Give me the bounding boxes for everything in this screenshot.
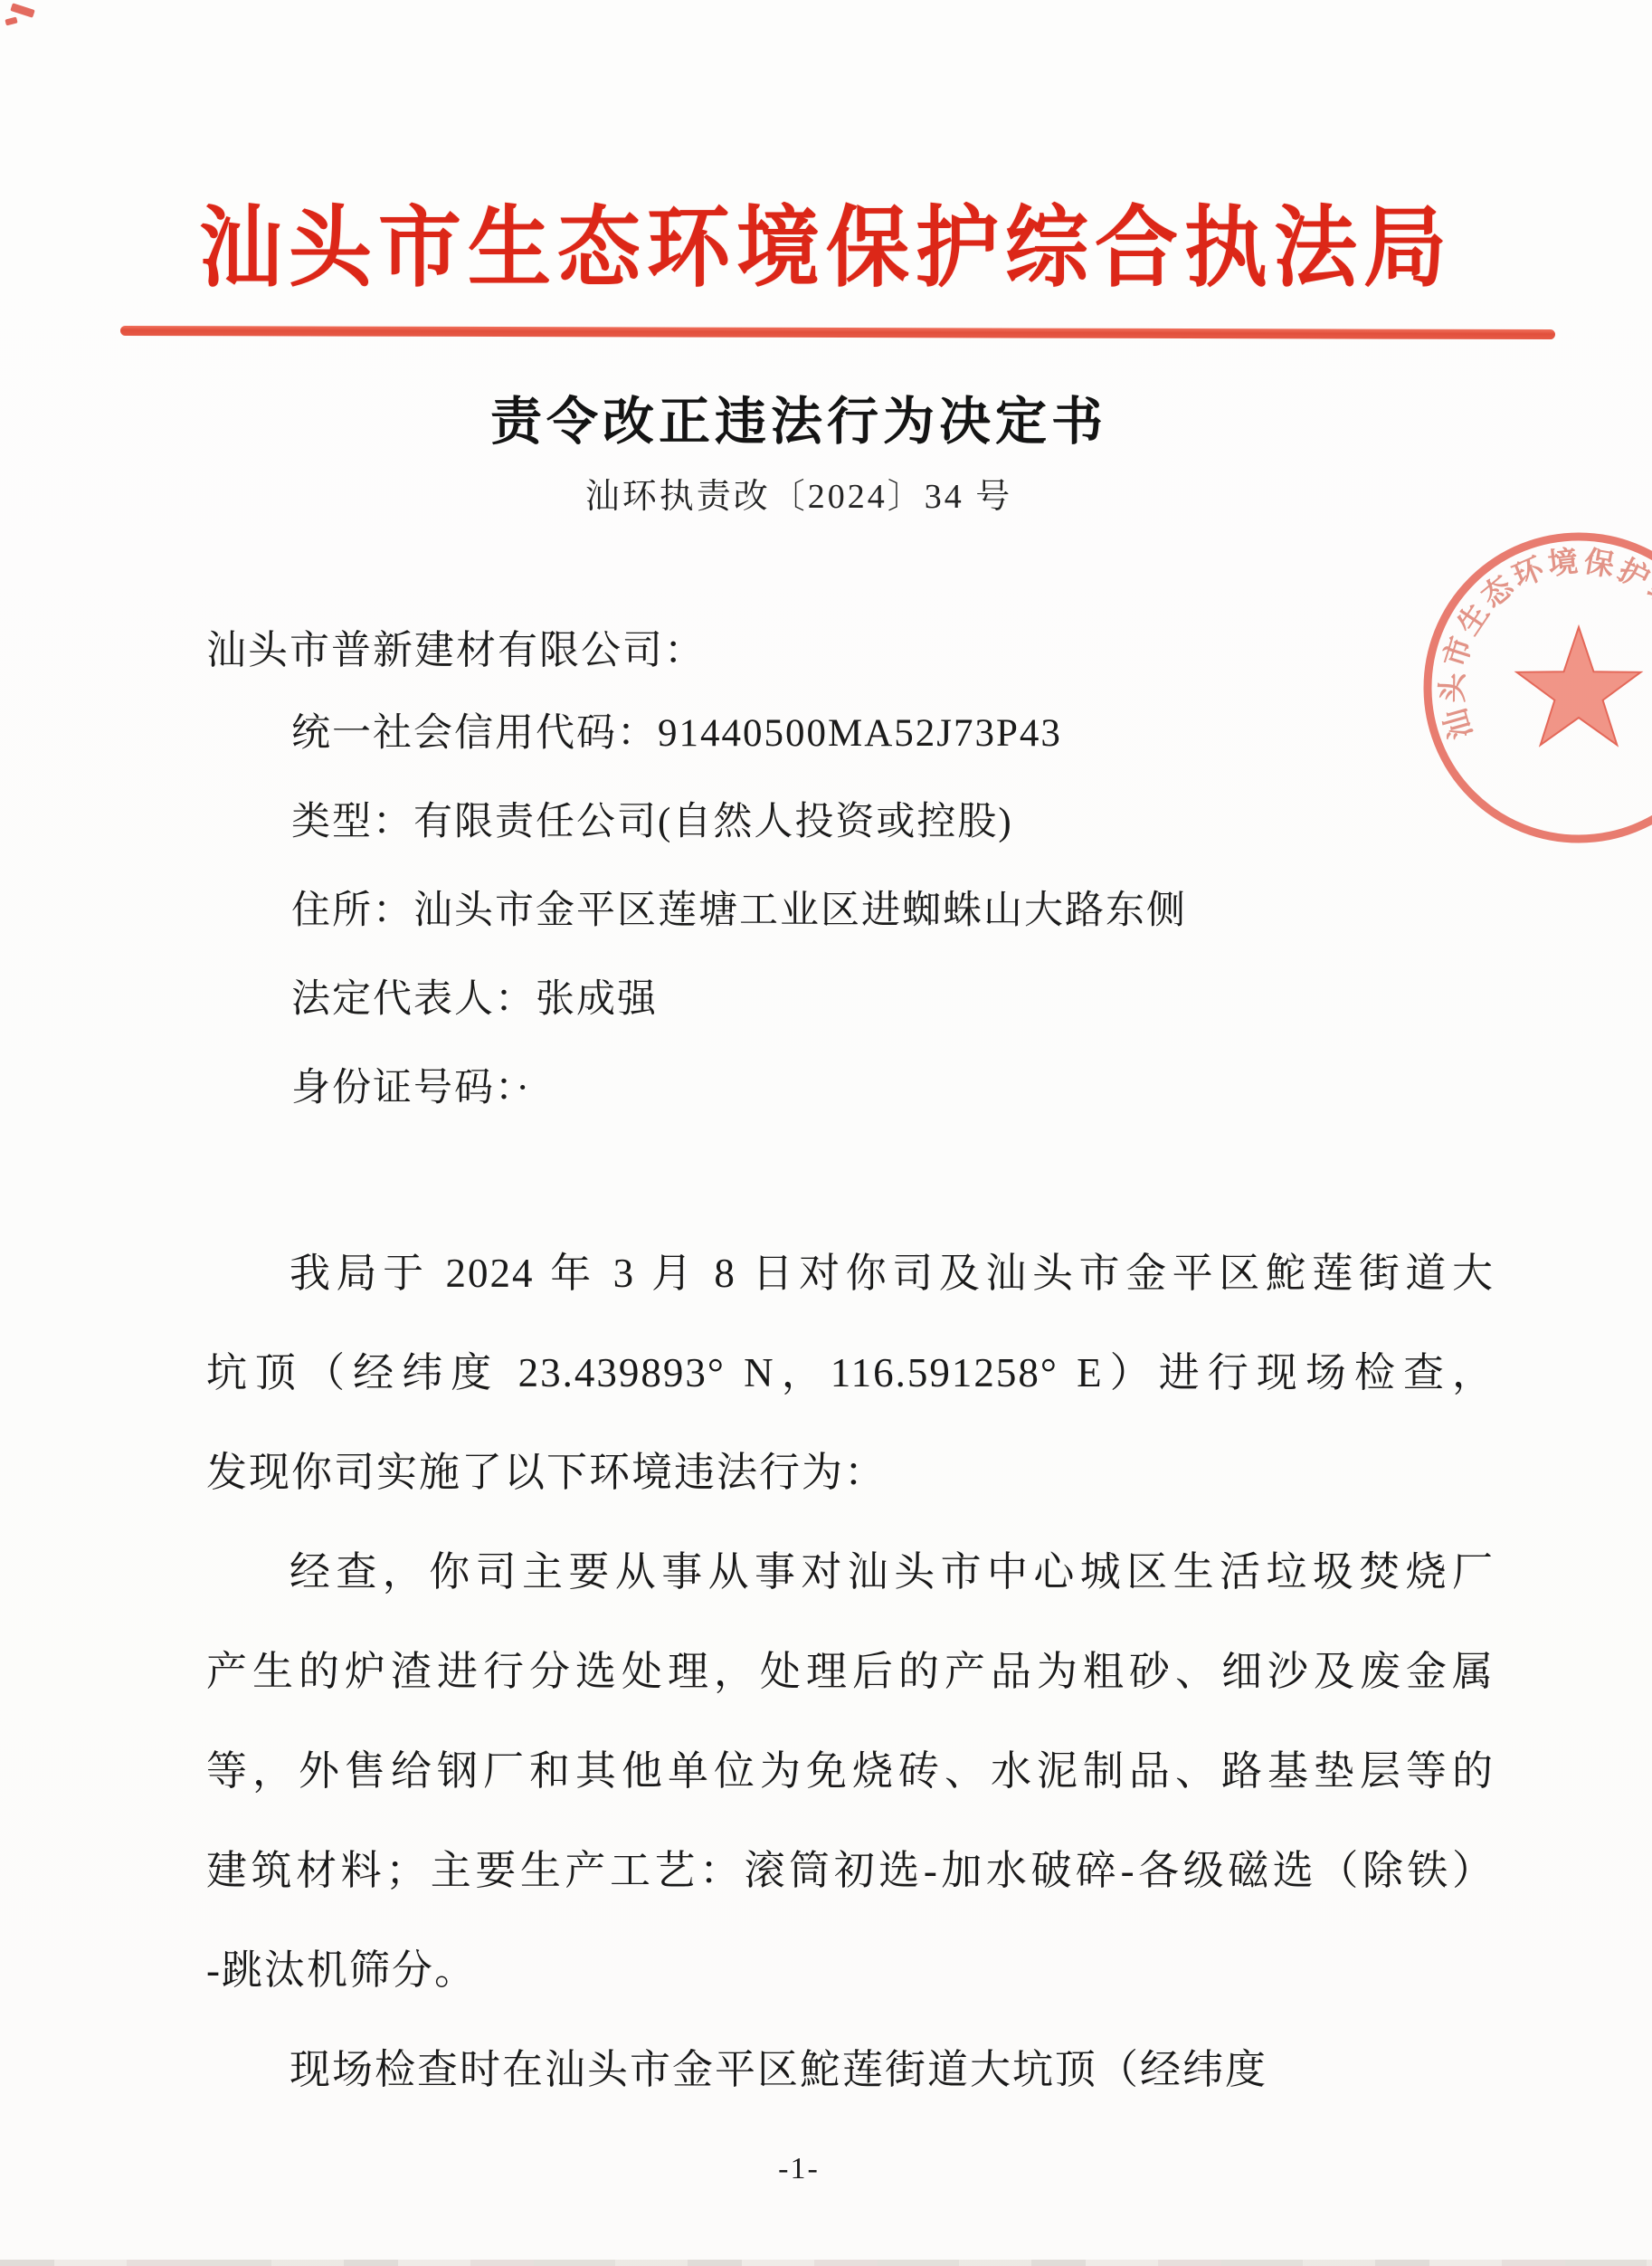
scan-artifact [10, 3, 35, 18]
header-rule [120, 326, 1555, 339]
field-label: 类型： [291, 801, 413, 843]
body-text-line: 坑顶（经纬度 23.439893° N，116.591258° E）进行现场检查… [206, 1323, 1495, 1423]
recipient-field-row: 类型：有限责任公司(自然人投资或控股) [291, 778, 1187, 867]
scan-artifact [5, 17, 17, 26]
field-label: 身份证号码： [291, 1067, 517, 1109]
field-value: 张成强 [536, 978, 658, 1021]
body-paragraphs: 我局于 2024 年 3 月 8 日对你司及汕头市金平区鮀莲街道大 坑顶（经纬度… [206, 1223, 1495, 2119]
recipient-field-row: 住所：汕头市金平区莲塘工业区进蜘蛛山大路东侧 [291, 867, 1187, 956]
body-text-line: 产生的炉渣进行分选处理，处理后的产品为粗砂、细沙及废金属 [206, 1622, 1495, 1721]
recipient-field-row: 法定代表人：张成强 [291, 956, 1187, 1044]
document-number: 汕环执责改〔2024〕34 号 [90, 468, 1507, 518]
scanned-document-page: 汕头市生态环境保护综合执法局 汕头市生态环境保护综合执法局 责令改正违法行为决定… [0, 0, 1652, 2266]
field-value: · [517, 1067, 531, 1109]
field-value: 91440500MA52J73P43 [658, 712, 1062, 755]
recipient-company-name: 汕头市普新建材有限公司： [206, 617, 706, 675]
recipient-field-row: 身份证号码：· [291, 1044, 1187, 1133]
body-text-line: 建筑材料；主要生产工艺：滚筒初选-加水破碎-各级磁选（除铁） [206, 1821, 1495, 1920]
field-label: 统一社会信用代码： [291, 712, 658, 755]
body-text-line: 经查，你司主要从事从事对汕头市中心城区生活垃圾焚烧厂 [206, 1522, 1495, 1622]
field-label: 住所： [291, 890, 413, 932]
body-text-line: 发现你司实施了以下环境违法行为： [206, 1423, 1495, 1522]
svg-text:汕头市生态环境保护综合执法局: 汕头市生态环境保护综合执法局 [1437, 545, 1652, 751]
page-number: -1- [90, 2152, 1507, 2186]
body-text-line: 等，外售给钢厂和其他单位为免烧砖、水泥制品、路基垫层等的 [206, 1721, 1495, 1821]
field-value: 有限责任公司(自然人投资或控股) [413, 801, 1013, 843]
official-seal-stamp: 汕头市生态环境保护综合执法局 [1398, 507, 1652, 869]
field-label: 法定代表人： [291, 978, 536, 1021]
field-value: 汕头市金平区莲塘工业区进蜘蛛山大路东侧 [413, 890, 1187, 932]
body-text-line: 我局于 2024 年 3 月 8 日对你司及汕头市金平区鮀莲街道大 [206, 1223, 1495, 1323]
scan-edge-artifact [0, 2260, 1652, 2266]
body-text-line: -跳汰机筛分。 [206, 1920, 1495, 2020]
seal-star-icon [1517, 627, 1641, 745]
body-text-line: 现场检查时在汕头市金平区鮀莲街道大坑顶（经纬度 [206, 2020, 1495, 2119]
agency-title: 汕头市生态环境保护综合执法局 [0, 177, 1652, 304]
recipient-field-row: 统一社会信用代码：91440500MA52J73P43 [291, 690, 1187, 778]
document-title: 责令改正违法行为决定书 [90, 380, 1507, 454]
seal-text: 汕头市生态环境保护综合执法局 [1437, 545, 1652, 751]
recipient-info-fields: 统一社会信用代码：91440500MA52J73P43 类型：有限责任公司(自然… [291, 690, 1187, 1133]
